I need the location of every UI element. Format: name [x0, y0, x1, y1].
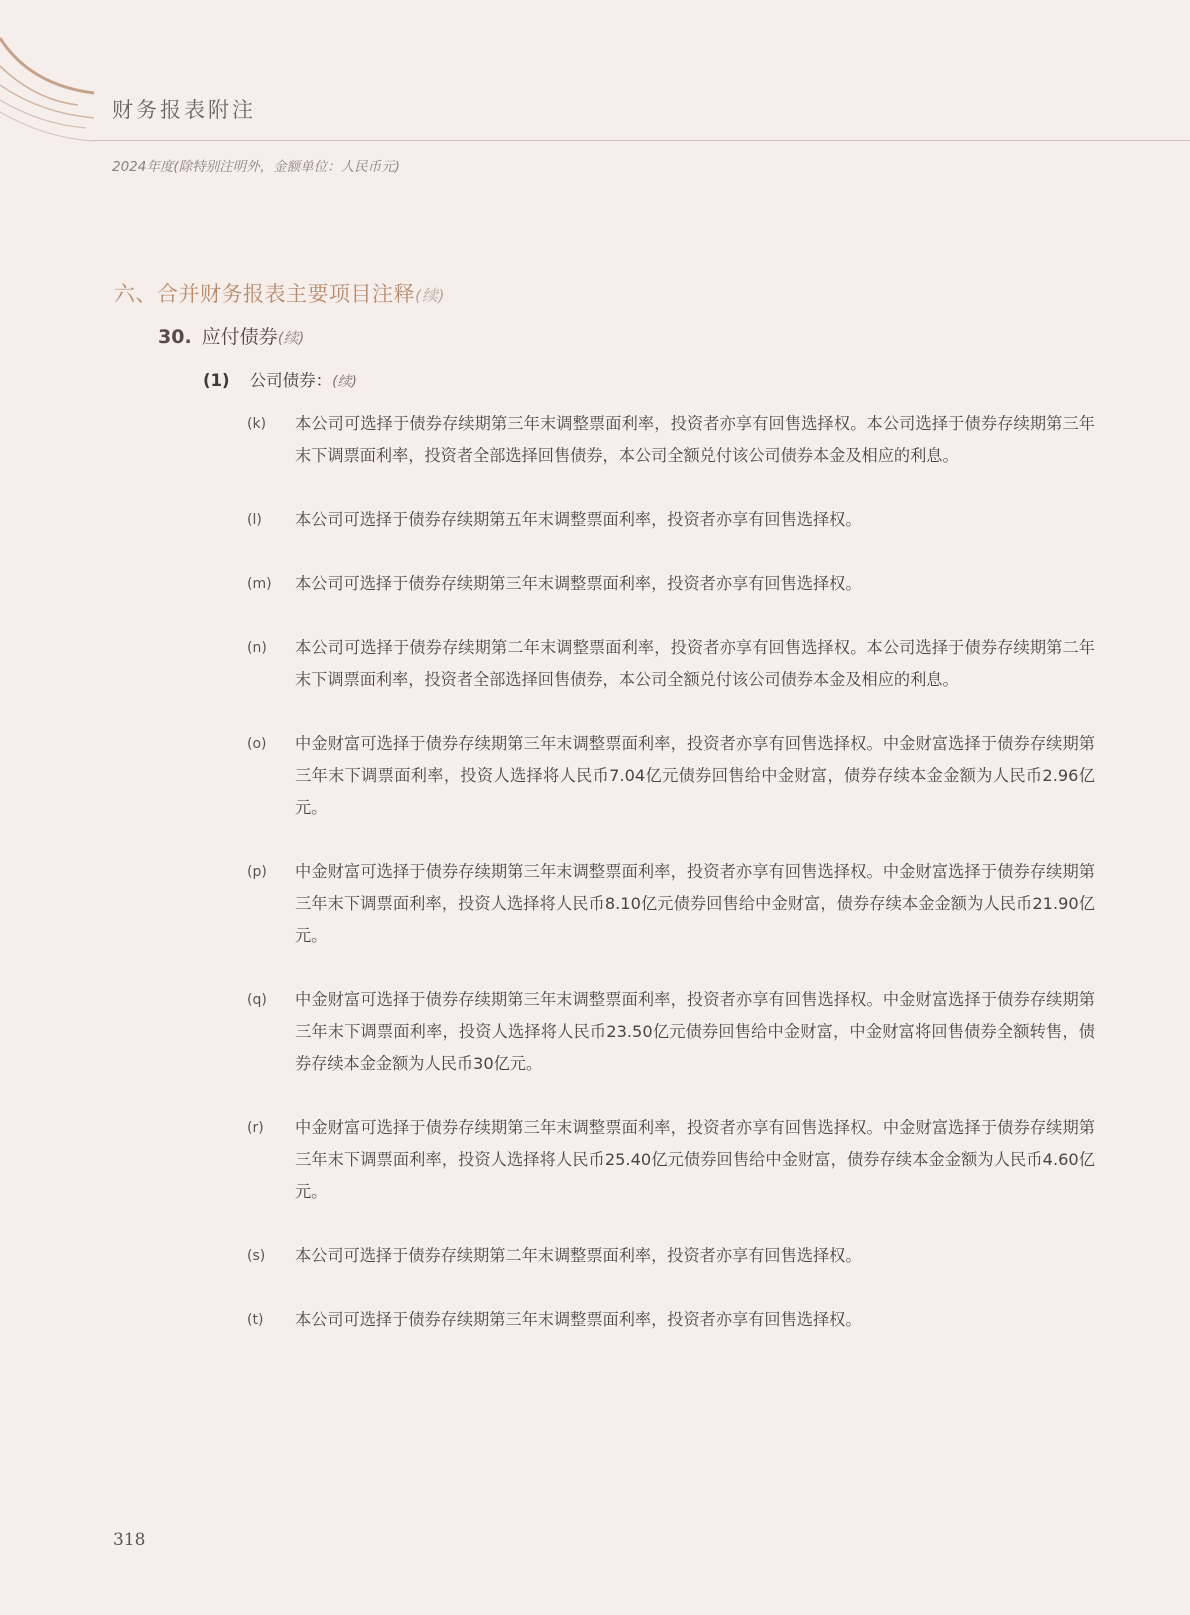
note-text: 本公司可选择于债券存续期第三年末调整票面利率，投资者亦享有回售选择权。本公司选择… [295, 408, 1095, 472]
report-section-title: 财务报表附注 [112, 94, 256, 124]
note-text: 本公司可选择于债券存续期第二年末调整票面利率，投资者亦享有回售选择权。本公司选择… [295, 632, 1095, 696]
section-title: 六、合并财务报表主要项目注释 [114, 282, 415, 306]
note-item-r: (r) 中金财富可选择于债券存续期第三年末调整票面利率，投资者亦享有回售选择权。… [247, 1112, 1107, 1208]
note-label: (k) [247, 408, 295, 440]
note-label: (p) [247, 856, 295, 888]
note-text: 本公司可选择于债券存续期第五年末调整票面利率，投资者亦享有回售选择权。 [295, 504, 1095, 536]
report-period-note: 2024年度(除特别注明外，金额单位：人民币元) [112, 155, 400, 175]
item-number: (1) [203, 371, 230, 390]
subsection-heading: 30.应付债券(续) [158, 322, 304, 349]
note-item-p: (p) 中金财富可选择于债券存续期第三年末调整票面利率，投资者亦享有回售选择权。… [247, 856, 1107, 952]
note-item-m: (m) 本公司可选择于债券存续期第三年末调整票面利率，投资者亦享有回售选择权。 [247, 568, 1107, 600]
note-text: 中金财富可选择于债券存续期第三年末调整票面利率，投资者亦享有回售选择权。中金财富… [295, 728, 1095, 824]
note-label: (s) [247, 1240, 295, 1272]
note-label: (q) [247, 984, 295, 1016]
item-title: 公司债券： [250, 371, 333, 390]
notes-list: (k) 本公司可选择于债券存续期第三年末调整票面利率，投资者亦享有回售选择权。本… [247, 408, 1107, 1368]
note-text: 中金财富可选择于债券存续期第三年末调整票面利率，投资者亦享有回售选择权。中金财富… [295, 984, 1095, 1080]
continued-marker: (续) [332, 374, 357, 390]
note-label: (n) [247, 632, 295, 664]
decorative-arcs-icon [0, 0, 140, 150]
page-number: 318 [113, 1530, 145, 1550]
note-text: 中金财富可选择于债券存续期第三年末调整票面利率，投资者亦享有回售选择权。中金财富… [295, 856, 1095, 952]
header-divider [92, 140, 1190, 141]
note-label: (m) [247, 568, 295, 600]
item-heading: (1)公司债券：(续) [203, 367, 357, 391]
note-item-l: (l) 本公司可选择于债券存续期第五年末调整票面利率，投资者亦享有回售选择权。 [247, 504, 1107, 536]
section-heading: 六、合并财务报表主要项目注释(续) [114, 278, 445, 308]
note-text: 中金财富可选择于债券存续期第三年末调整票面利率，投资者亦享有回售选择权。中金财富… [295, 1112, 1095, 1208]
note-label: (l) [247, 504, 295, 536]
note-label: (r) [247, 1112, 295, 1144]
note-item-q: (q) 中金财富可选择于债券存续期第三年末调整票面利率，投资者亦享有回售选择权。… [247, 984, 1107, 1080]
note-label: (o) [247, 728, 295, 760]
note-item-k: (k) 本公司可选择于债券存续期第三年末调整票面利率，投资者亦享有回售选择权。本… [247, 408, 1107, 472]
subsection-title: 应付债券 [202, 326, 278, 348]
note-text: 本公司可选择于债券存续期第三年末调整票面利率，投资者亦享有回售选择权。 [295, 1304, 1095, 1336]
note-item-o: (o) 中金财富可选择于债券存续期第三年末调整票面利率，投资者亦享有回售选择权。… [247, 728, 1107, 824]
note-item-t: (t) 本公司可选择于债券存续期第三年末调整票面利率，投资者亦享有回售选择权。 [247, 1304, 1107, 1336]
note-text: 本公司可选择于债券存续期第二年末调整票面利率，投资者亦享有回售选择权。 [295, 1240, 1095, 1272]
subsection-number: 30. [158, 326, 192, 348]
continued-marker: (续) [415, 286, 445, 305]
note-item-s: (s) 本公司可选择于债券存续期第二年末调整票面利率，投资者亦享有回售选择权。 [247, 1240, 1107, 1272]
note-item-n: (n) 本公司可选择于债券存续期第二年末调整票面利率，投资者亦享有回售选择权。本… [247, 632, 1107, 696]
note-label: (t) [247, 1304, 295, 1336]
continued-marker: (续) [278, 329, 305, 347]
note-text: 本公司可选择于债券存续期第三年末调整票面利率，投资者亦享有回售选择权。 [295, 568, 1095, 600]
